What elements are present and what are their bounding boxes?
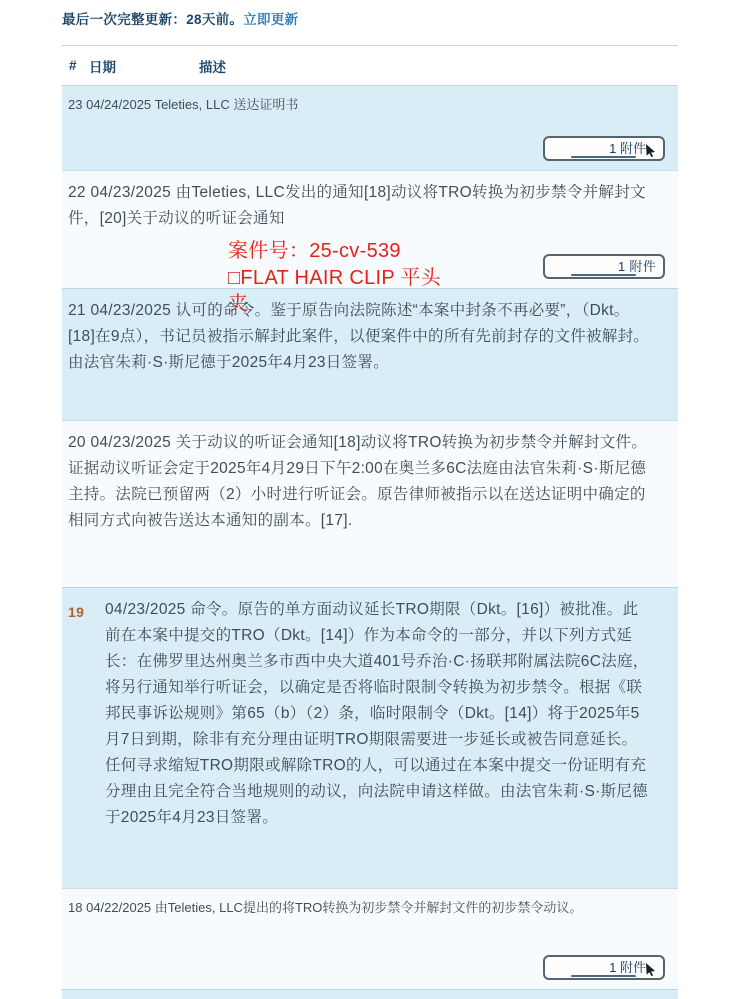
entry-number: 21	[68, 302, 86, 319]
entry-date: 04/23/2025	[90, 434, 171, 451]
attachments-button[interactable]: 1 附件	[543, 136, 665, 161]
entry-number: 18	[68, 900, 82, 915]
docket-row-19: 19 04/23/2025 命令。原告的单方面动议延长TRO期限（Dkt。[16…	[62, 587, 678, 888]
case-title-text: □FLAT HAIR CLIP 平头	[228, 265, 441, 292]
case-number-text: 案件号：25-cv-539	[228, 238, 441, 265]
docket-entry-text: 22 04/23/2025 由Teleties, LLC发出的通知[18]动议将…	[68, 180, 652, 232]
entry-number-highlighted: 19	[68, 597, 105, 831]
case-annotation: 案件号：25-cv-539 □FLAT HAIR CLIP 平头 夹	[228, 238, 441, 318]
mouse-cursor-icon	[645, 143, 656, 156]
docket-entry-text: 23 04/24/2025 Teleties, LLC 送达证明书	[68, 95, 652, 115]
header-description: 描述	[199, 56, 678, 76]
table-header: # 日期 描述	[62, 46, 678, 86]
entry-date: 04/22/2025	[86, 900, 151, 915]
last-update-text: 最后一次完整更新：28天前。	[62, 12, 243, 27]
attachment-underline	[571, 975, 636, 977]
last-update-line: 最后一次完整更新：28天前。立即更新	[62, 8, 298, 28]
header-number: #	[62, 58, 89, 73]
entry-date: 04/23/2025	[90, 184, 171, 201]
entry-number: 23	[68, 97, 82, 112]
docket-row-18: 18 04/22/2025 由Teleties, LLC提出的将TRO转换为初步…	[62, 888, 678, 989]
docket-entry-text: 20 04/23/2025 关于动议的听证会通知[18]动议将TRO转换为初步禁…	[68, 430, 652, 534]
attachment-underline	[571, 156, 636, 158]
entry-number: 20	[68, 434, 86, 451]
entry-description: 由Teleties, LLC提出的将TRO转换为初步禁令并解封文件的初步禁令动议…	[155, 900, 583, 915]
docket-row-23: 23 04/24/2025 Teleties, LLC 送达证明书 1 附件	[62, 86, 678, 170]
docket-row-20: 20 04/23/2025 关于动议的听证会通知[18]动议将TRO转换为初步禁…	[62, 420, 678, 587]
mouse-cursor-icon	[645, 962, 656, 975]
entry-description: Teleties, LLC 送达证明书	[155, 97, 299, 112]
attachment-underline	[571, 274, 636, 276]
entry-date: 04/24/2025	[86, 97, 151, 112]
entry-date: 04/23/2025	[105, 601, 186, 618]
docket-page: 最后一次完整更新：28天前。立即更新 # 日期 描述 23 04/24/2025…	[0, 0, 755, 999]
update-now-link[interactable]: 立即更新	[243, 12, 298, 27]
entry-date: 04/23/2025	[90, 302, 171, 319]
header-date: 日期	[89, 56, 199, 76]
entry-number: 22	[68, 184, 86, 201]
docket-table: # 日期 描述 23 04/24/2025 Teleties, LLC 送达证明…	[62, 45, 678, 999]
attachments-button[interactable]: 1 附件	[543, 955, 665, 980]
entry-body: 04/23/2025 命令。原告的单方面动议延长TRO期限（Dkt。[16]）被…	[105, 597, 652, 831]
docket-entry-text: 19 04/23/2025 命令。原告的单方面动议延长TRO期限（Dkt。[16…	[68, 597, 652, 831]
docket-row-partial	[62, 989, 678, 999]
case-title-text-wrap: 夹	[228, 291, 441, 318]
attachments-button[interactable]: 1 附件	[543, 254, 665, 279]
entry-description: 命令。原告的单方面动议延长TRO期限（Dkt。[16]）被批准。此前在本案中提交…	[105, 601, 649, 826]
docket-entry-text: 18 04/22/2025 由Teleties, LLC提出的将TRO转换为初步…	[68, 898, 652, 918]
